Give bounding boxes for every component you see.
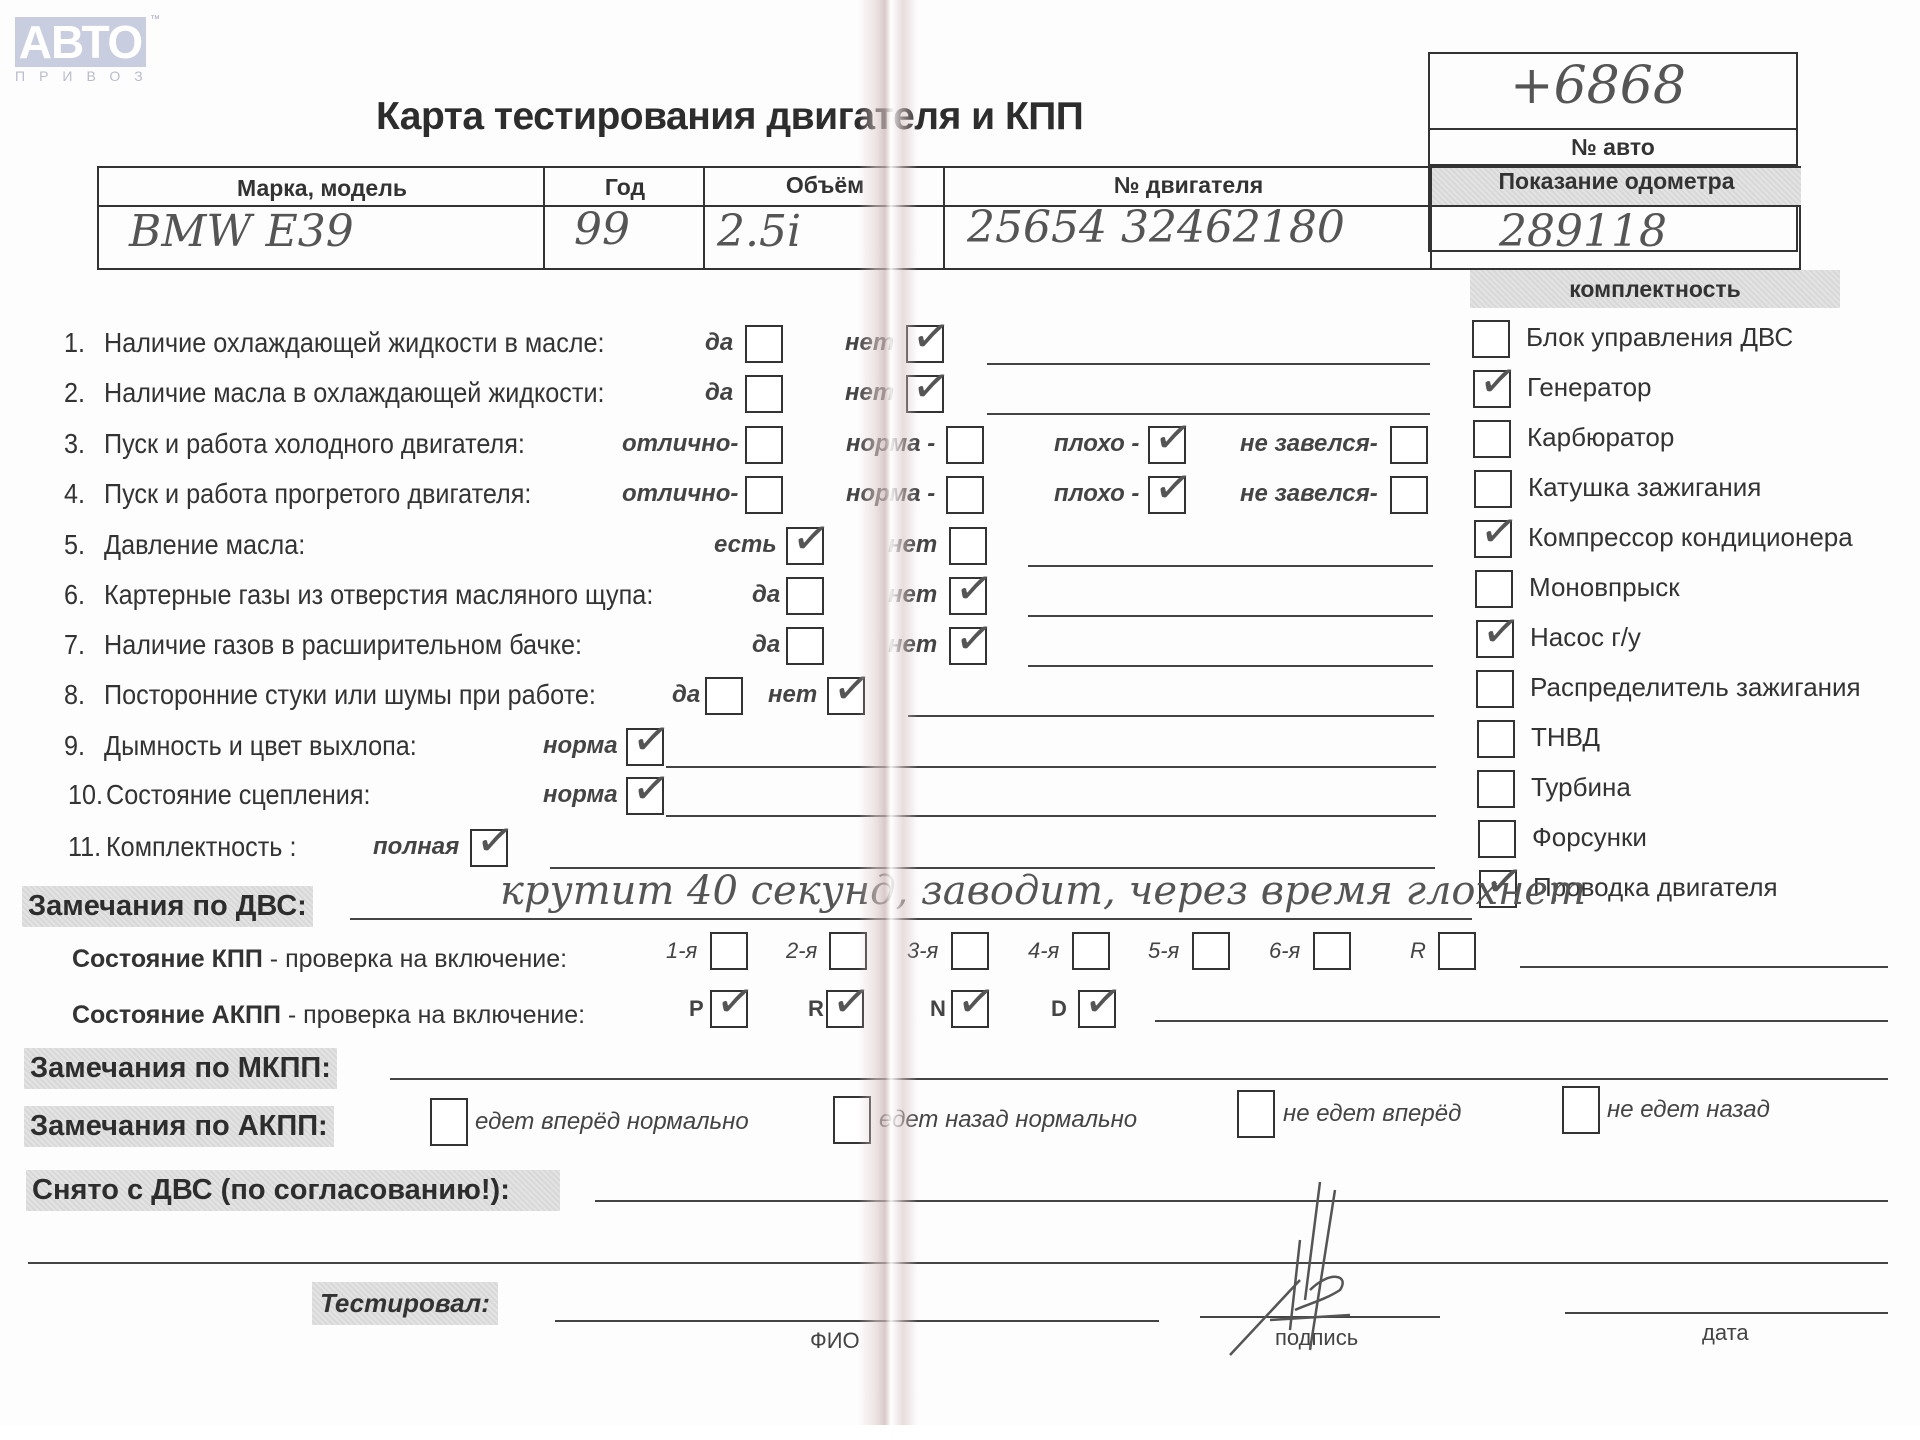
make-model-value[interactable]: BMW E39: [129, 206, 354, 257]
kpp-line: [1520, 966, 1888, 968]
option-checkbox[interactable]: [786, 577, 824, 615]
option-label: да: [672, 681, 700, 709]
check-mark-icon: ✓: [1151, 412, 1196, 463]
akpp-label-rest: - проверка на включение:: [281, 1001, 585, 1029]
option-checkbox[interactable]: ✓: [827, 677, 865, 715]
option-checkbox[interactable]: ✓: [906, 375, 944, 413]
completeness-item-label: Катушка зажигания: [1528, 472, 1761, 503]
comment-line[interactable]: [1028, 665, 1433, 667]
option-label: норма -: [846, 430, 935, 458]
akpp-remark-label: не едет вперёд: [1283, 1100, 1461, 1128]
mode-label: P: [689, 996, 704, 1022]
option-label: нет: [888, 531, 937, 559]
checklist-number: 1.: [64, 327, 85, 359]
volume-header: Объём: [705, 172, 945, 199]
check-mark-icon: ✓: [1477, 506, 1522, 557]
completeness-checkbox[interactable]: ✓: [1476, 620, 1514, 658]
option-label: нет: [888, 631, 937, 659]
fio-line[interactable]: [555, 1320, 1159, 1322]
akpp-remark-label: едет вперёд нормально: [475, 1108, 749, 1136]
akpp-remark-label: едет назад нормально: [879, 1106, 1137, 1134]
comment-line[interactable]: [908, 715, 1434, 717]
checklist-question: Дымность и цвет выхлопа:: [104, 730, 417, 762]
completeness-checkbox[interactable]: [1473, 420, 1511, 458]
option-label: полная: [373, 833, 459, 861]
completeness-item-label: Карбюратор: [1527, 422, 1674, 453]
checklist-number: 11.: [68, 831, 101, 863]
check-mark-icon: ✓: [952, 613, 997, 664]
option-checkbox[interactable]: ✓: [786, 527, 824, 565]
checklist-number: 5.: [64, 529, 85, 561]
option-checkbox[interactable]: ✓: [949, 627, 987, 665]
akpp-label-bold: Состояние АКПП: [72, 1001, 281, 1029]
kpp-label-rest: - проверка на включение:: [263, 945, 567, 973]
checklist-question: Наличие масла в охлаждающей жидкости:: [104, 377, 605, 409]
option-label: отлично-: [622, 480, 738, 508]
gear-checkbox[interactable]: [829, 932, 867, 970]
gear-checkbox[interactable]: [1438, 932, 1476, 970]
checklist-question: Наличие газов в расширительном бачке:: [104, 629, 582, 661]
checklist-number: 4.: [64, 478, 85, 510]
completeness-checkbox[interactable]: ✓: [1474, 520, 1512, 558]
check-mark-icon: ✓: [952, 563, 997, 614]
comment-line[interactable]: [666, 766, 1436, 768]
option-checkbox[interactable]: [786, 627, 824, 665]
gear-label: 6-я: [1269, 938, 1300, 964]
engine-remarks-line: [350, 918, 1472, 920]
checklist-number: 2.: [64, 377, 85, 409]
fio-label: ФИО: [810, 1328, 860, 1354]
option-label: плохо -: [1054, 430, 1139, 458]
mkpp-remarks-line[interactable]: [390, 1078, 1888, 1080]
checklist-question: Картерные газы из отверстия масляного щу…: [104, 579, 653, 611]
option-checkbox[interactable]: [745, 476, 783, 514]
completeness-item-label: Блок управления ДВС: [1526, 322, 1793, 353]
completeness-item-label: Моновпрыск: [1529, 572, 1680, 603]
gear-label: 5-я: [1148, 938, 1179, 964]
logo-brand: АВТО: [19, 16, 142, 68]
check-mark-icon: ✓: [909, 361, 954, 412]
option-label: отлично-: [622, 430, 738, 458]
option-checkbox[interactable]: [946, 476, 984, 514]
option-checkbox[interactable]: [1390, 476, 1428, 514]
kpp-label-bold: Состояние КПП: [72, 945, 263, 973]
checklist-question: Состояние сцепления:: [106, 779, 371, 811]
make-model-header: Марка, модель: [99, 175, 545, 202]
mkpp-remarks-label: Замечания по МКПП:: [24, 1048, 337, 1089]
completeness-checkbox[interactable]: ✓: [1473, 370, 1511, 408]
akpp-remark-checkbox[interactable]: [833, 1096, 871, 1144]
completeness-item-label: Турбина: [1531, 772, 1631, 803]
logo: АВТО: [15, 17, 146, 67]
gear-label: 3-я: [907, 938, 938, 964]
option-label: норма -: [846, 480, 935, 508]
check-mark-icon: ✓: [789, 513, 834, 564]
akpp-line: [1155, 1020, 1888, 1022]
option-label: нет: [768, 681, 817, 709]
option-checkbox[interactable]: [745, 325, 783, 363]
option-label: не завелся-: [1240, 480, 1378, 508]
option-checkbox[interactable]: ✓: [1148, 476, 1186, 514]
odometer-value[interactable]: 289118: [1499, 206, 1667, 257]
engine-remarks-value[interactable]: крутит 40 секунд, заводит, через время г…: [500, 868, 1586, 914]
comment-line[interactable]: [987, 413, 1430, 415]
page-edge: [0, 1425, 1920, 1440]
car-number-label: № авто: [1430, 134, 1796, 161]
mode-label: R: [808, 996, 824, 1022]
check-mark-icon: ✓: [1151, 462, 1196, 513]
check-mark-icon: ✓: [473, 815, 518, 866]
option-checkbox[interactable]: [745, 375, 783, 413]
volume-value[interactable]: 2.5i: [717, 206, 801, 257]
check-mark-icon: ✓: [909, 311, 954, 362]
vehicle-info-table: Марка, модель Год Объём № двигателя Пока…: [97, 166, 1801, 270]
odometer-header: Показание одометра: [1432, 168, 1801, 195]
checklist-number: 7.: [64, 629, 85, 661]
akpp-remark-checkbox[interactable]: [430, 1098, 468, 1146]
mode-checkbox[interactable]: ✓: [951, 990, 989, 1028]
completeness-item-label: Генератор: [1527, 372, 1652, 403]
kpp-label: Состояние КПП - проверка на включение:: [72, 945, 567, 974]
checklist-question: Посторонние стуки или шумы при работе:: [104, 679, 596, 711]
checklist-number: 10.: [68, 779, 103, 811]
mode-label: N: [930, 996, 946, 1022]
akpp-remark-checkbox[interactable]: [1237, 1090, 1275, 1138]
option-label: не завелся-: [1240, 430, 1378, 458]
check-mark-icon: ✓: [1476, 356, 1521, 407]
check-mark-icon: ✓: [1081, 976, 1126, 1027]
completeness-checkbox[interactable]: [1476, 670, 1514, 708]
checklist-number: 6.: [64, 579, 85, 611]
check-mark-icon: ✓: [629, 714, 674, 765]
logo-tm: ™: [150, 14, 160, 25]
option-checkbox[interactable]: ✓: [626, 777, 664, 815]
gear-checkbox[interactable]: [1192, 932, 1230, 970]
checklist-question: Пуск и работа холодного двигателя:: [104, 428, 525, 460]
completeness-item-label: Насос г/у: [1530, 622, 1641, 653]
removed-line-2[interactable]: [28, 1262, 1888, 1264]
page-title: Карта тестирования двигателя и КПП: [376, 95, 1083, 139]
comment-line[interactable]: [1028, 565, 1433, 567]
check-mark-icon: ✓: [1479, 606, 1524, 657]
gear-label: 1-я: [666, 938, 697, 964]
option-label: норма: [543, 732, 618, 760]
option-label: да: [705, 329, 733, 357]
checklist-number: 9.: [64, 730, 85, 762]
checklist-question: Наличие охлаждающей жидкости в масле:: [104, 327, 605, 359]
option-checkbox[interactable]: [745, 426, 783, 464]
check-mark-icon: ✓: [954, 976, 999, 1027]
signature-scribble: [1210, 1180, 1380, 1380]
logo-subtitle: ПРИВОЗ: [15, 68, 157, 84]
completeness-title: комплектность: [1470, 270, 1840, 308]
gear-label: 2-я: [786, 938, 817, 964]
completeness-item-label: Распределитель зажигания: [1530, 672, 1861, 703]
checklist-question: Давление масла:: [104, 529, 305, 561]
option-label: нет: [888, 581, 937, 609]
engine-remarks-label: Замечания по ДВС:: [22, 886, 313, 927]
checklist-number: 8.: [64, 679, 85, 711]
comment-line[interactable]: [1028, 615, 1433, 617]
mode-label: D: [1051, 996, 1067, 1022]
completeness-checkbox[interactable]: [1477, 770, 1515, 808]
year-header: Год: [545, 174, 705, 201]
option-label: норма: [543, 781, 618, 809]
option-label: да: [705, 379, 733, 407]
option-label: плохо -: [1054, 480, 1139, 508]
gear-label: R: [1410, 938, 1426, 964]
option-checkbox[interactable]: ✓: [470, 829, 508, 867]
gear-checkbox[interactable]: [1313, 932, 1351, 970]
gear-label: 4-я: [1028, 938, 1059, 964]
gear-checkbox[interactable]: [951, 932, 989, 970]
checklist-number: 3.: [64, 428, 85, 460]
mode-checkbox[interactable]: ✓: [826, 990, 864, 1028]
completeness-item-label: Форсунки: [1532, 822, 1647, 853]
comment-line[interactable]: [987, 363, 1430, 365]
year-value[interactable]: 99: [574, 204, 630, 255]
date-line[interactable]: [1565, 1312, 1888, 1314]
mode-checkbox[interactable]: ✓: [710, 990, 748, 1028]
check-mark-icon: ✓: [830, 663, 875, 714]
akpp-remark-label: не едет назад: [1607, 1096, 1770, 1124]
option-label: нет: [845, 329, 894, 357]
option-label: есть: [714, 531, 777, 559]
engine-number-value[interactable]: 25654 32462180: [967, 202, 1345, 253]
comment-line[interactable]: [666, 815, 1436, 817]
option-checkbox[interactable]: [705, 677, 743, 715]
tested-by-label: Тестировал:: [312, 1282, 498, 1325]
checklist-question: Комплектность :: [106, 831, 296, 863]
car-number-value[interactable]: +6868: [1510, 56, 1686, 116]
check-mark-icon: ✓: [713, 976, 758, 1027]
completeness-item-label: ТНВД: [1531, 722, 1600, 753]
completeness-checkbox[interactable]: [1477, 720, 1515, 758]
akpp-remark-checkbox[interactable]: [1562, 1086, 1600, 1134]
check-mark-icon: ✓: [829, 976, 874, 1027]
check-mark-icon: ✓: [629, 763, 674, 814]
gear-checkbox[interactable]: [1072, 932, 1110, 970]
akpp-remarks-label: Замечания по АКПП:: [24, 1106, 334, 1147]
option-label: да: [752, 581, 780, 609]
checklist-question: Пуск и работа прогретого двигателя:: [104, 478, 531, 510]
completeness-item-label: Компрессор кондиционера: [1528, 522, 1853, 553]
akpp-label: Состояние АКПП - проверка на включение:: [72, 1001, 585, 1030]
engine-number-header: № двигателя: [945, 172, 1432, 199]
option-label: да: [752, 631, 780, 659]
option-checkbox[interactable]: [946, 426, 984, 464]
gear-checkbox[interactable]: [710, 932, 748, 970]
removed-label: Снято с ДВС (по согласованию!):: [26, 1170, 560, 1211]
mode-checkbox[interactable]: ✓: [1078, 990, 1116, 1028]
option-label: нет: [845, 379, 894, 407]
date-label: дата: [1702, 1320, 1749, 1346]
option-checkbox[interactable]: [1390, 426, 1428, 464]
